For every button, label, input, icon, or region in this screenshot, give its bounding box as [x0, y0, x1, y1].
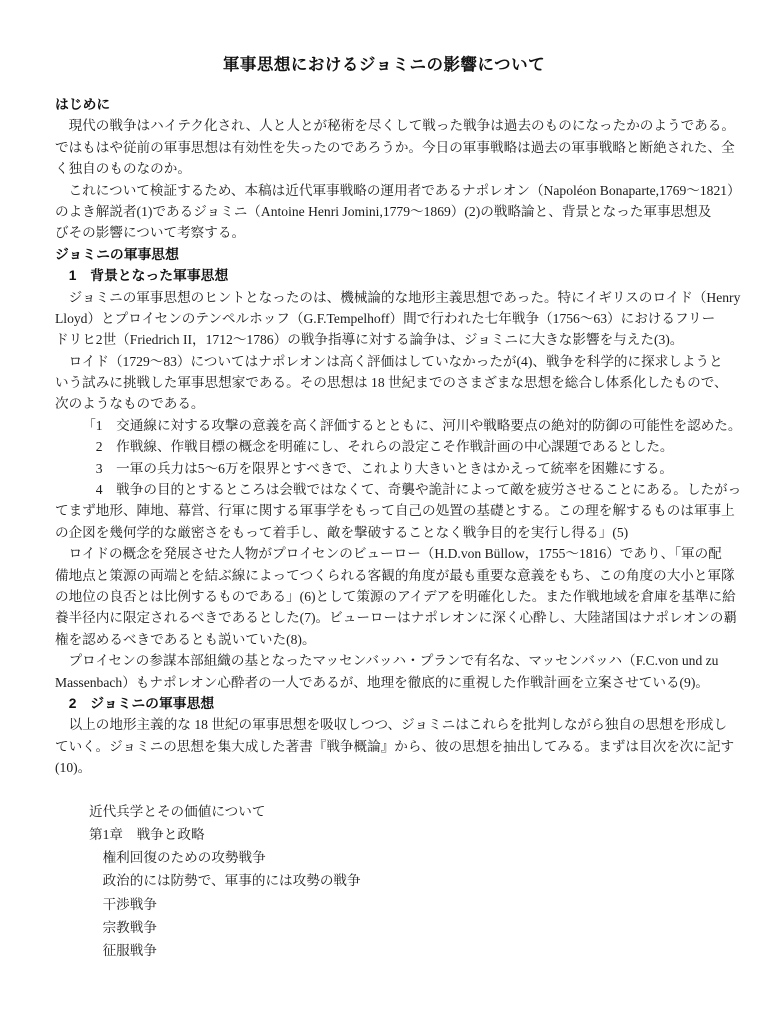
text-line: びその影響について考察する。 [55, 222, 713, 243]
text-line: 干渉戦争 [55, 893, 713, 916]
text-line: 第1章 戦争と政略 [55, 823, 713, 846]
text-line: の企図を幾何学的な厳密さをもって着手し、敵を撃破することなく戦争目的を実行し得る… [55, 522, 713, 543]
text-line: 以上の地形主義的な 18 世紀の軍事思想を吸収しつつ、ジョミニはこれらを批判しな… [55, 714, 713, 735]
text-line: 備地点と策源の両端とを結ぶ線によってつくられる客観的角度が最も重要な意義をもち、… [55, 565, 713, 586]
text-line: Lloyd）とプロイセンのテンペルホッフ（G.F.Tempelhoff）間で行わ… [55, 308, 713, 329]
text-line: Massenbach）もナポレオン心酔者の一人であるが、地理を徹底的に重視した作… [55, 672, 713, 693]
text-line: く独自のものなのか。 [55, 158, 713, 179]
document-title: 軍事思想におけるジョミニの影響について [0, 52, 768, 78]
text-line: 4 戦争の目的とするところは会戦ではなくて、奇襲や詭計によって敵を疲労させること… [55, 479, 713, 500]
text-line: ロイドの概念を発展させた人物がプロイセンのビューロー（H.D.von Büllo… [55, 543, 713, 564]
text-line: 養半径内に限定されるべきであるとした(7)。ビューローはナポレオンに深く心酔し、… [55, 607, 713, 628]
text-line: 近代兵学とその価値について [55, 800, 713, 823]
text-line: のよき解説者(1)であるジョミニ（Antoine Henri Jomini,17… [55, 201, 713, 222]
text-line: 征服戦争 [55, 939, 713, 962]
text-line: ロイド（1729～83）についてはナポレオンは高く評価はしていなかったが(4)、… [55, 351, 713, 372]
text-line: 権利回復のための攻勢戦争 [55, 846, 713, 869]
text-line: (10)。 [55, 757, 713, 778]
text-line: プロイセンの参謀本部組織の基となったマッセンバッハ・プランで有名な、マッセンバッ… [55, 650, 713, 671]
text-line: 3 一軍の兵力は5～6万を限界とすべきで、これより大きいときはかえって統率を困難… [55, 458, 713, 479]
text-line [55, 779, 713, 800]
document-page: 軍事思想におけるジョミニの影響について はじめに現代の戦争はハイテク化され、人と… [0, 0, 768, 1024]
text-line: いう試みに挑戦した軍事思想家である。その思想は 18 世紀までのさまざまな思想を… [55, 372, 713, 393]
text-line: 2 作戦線、作戦目標の概念を明確にし、それらの設定こそ作戦計画の中心課題であると… [55, 436, 713, 457]
text-line: これについて検証するため、本稿は近代軍事戦略の運用者であるナポレオン（Napol… [55, 180, 713, 201]
text-line: 次のようなものである。 [55, 393, 713, 414]
text-line: 宗教戦争 [55, 916, 713, 939]
text-line: ドリヒ2世（Friedrich II，1712～1786）の戦争指導に対する論争… [55, 329, 713, 350]
text-line: の地位の良否とは比例するものである」(6)として策源のアイデアを明確化した。また… [55, 586, 713, 607]
section-heading: 1 背景となった軍事思想 [55, 265, 713, 286]
text-line: 政治的には防勢で、軍事的には攻勢の戦争 [55, 869, 713, 892]
text-line: ジョミニの軍事思想のヒントとなったのは、機械論的な地形主義思想であった。特にイギ… [55, 287, 713, 308]
text-line: ではもはや従前の軍事思想は有効性を失ったのであろうか。今日の軍事戦略は過去の軍事… [55, 137, 713, 158]
text-line: ていく。ジョミニの思想を集大成した著書『戦争概論』から、彼の思想を抽出してみる。… [55, 736, 713, 757]
section-heading: はじめに [55, 94, 713, 115]
text-line: てまず地形、陣地、幕営、行軍に関する軍事学をもって自己の処置の基礎とする。この理… [55, 500, 713, 521]
text-line: 「1 交通線に対する攻撃の意義を高く評価するとともに、河川や戦略要点の絶対的防御… [55, 415, 713, 436]
section-heading: ジョミニの軍事思想 [55, 244, 713, 265]
section-heading: 2 ジョミニの軍事思想 [55, 693, 713, 714]
document-body: はじめに現代の戦争はハイテク化され、人と人とが秘術を尽くして戦った戦争は過去のも… [55, 94, 713, 962]
text-line: 現代の戦争はハイテク化され、人と人とが秘術を尽くして戦った戦争は過去のものになっ… [55, 115, 713, 136]
text-line: 権を認めるべきであるとも説いていた(8)。 [55, 629, 713, 650]
